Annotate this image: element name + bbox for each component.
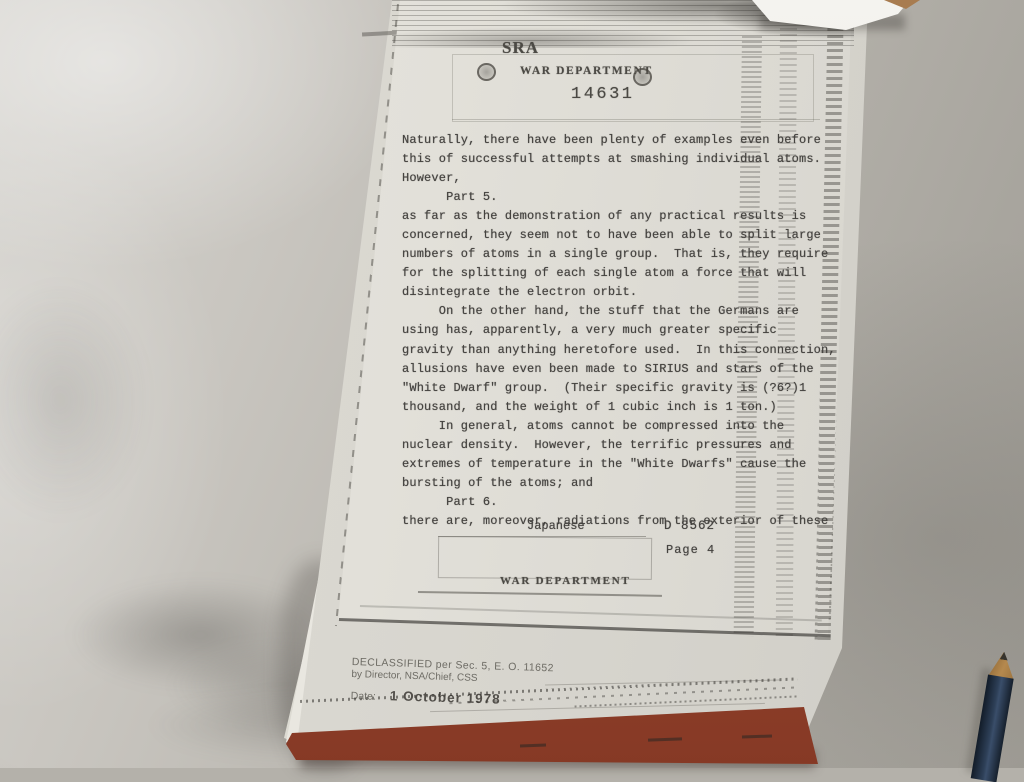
stamp-circle-icon [477, 63, 496, 81]
serial-number: 14631 [571, 85, 635, 104]
typed-line: On the other hand, the stuff that the Ge… [402, 302, 847, 321]
typed-line: thousand, and the weight of 1 cubic inch… [402, 398, 847, 417]
typed-line: extremes of temperature in the "White Dw… [402, 455, 847, 474]
typed-line: allusions have even been made to SIRIUS … [402, 360, 847, 379]
agency-label: SRA [502, 38, 539, 58]
typed-line: Part 6. [402, 493, 847, 512]
typed-line: gravity than anything heretofore used. I… [402, 341, 847, 360]
typed-line: bursting of the atoms; and [402, 474, 847, 493]
footer-language: Japanese [527, 519, 585, 533]
typed-line: Part 5. [402, 188, 847, 207]
typed-line: "White Dwarf" group. (Their specific gra… [402, 379, 847, 398]
header-box-bottom-line [452, 119, 820, 120]
typed-line: using has, apparently, a very much great… [402, 321, 847, 340]
war-department-footer: WAR DEPARTMENT [500, 575, 631, 587]
typed-line: disintegrate the electron orbit. [402, 283, 847, 302]
typed-line: this of successful attempts at smashing … [402, 150, 847, 169]
typed-line: nuclear density. However, the terrific p… [402, 436, 847, 455]
footer-reference: D 8562 [664, 519, 715, 533]
photo-scene: DECLASSIFIED per Sec. 5, E. O. 11652 by … [0, 0, 1024, 768]
typed-line: Naturally, there have been plenty of exa… [402, 131, 847, 150]
typed-line: concerned, they seem not to have been ab… [402, 226, 847, 245]
typed-line: In general, atoms cannot be compressed i… [402, 417, 847, 436]
typed-line: for the splitting of each single atom a … [402, 264, 847, 283]
stamp-circle-icon [633, 68, 652, 86]
typed-line: However, [402, 169, 847, 188]
footer-box-outline [438, 536, 652, 580]
footer-page-number: Page 4 [666, 543, 715, 557]
typed-line: there are, moreover, radiations from the… [402, 512, 847, 531]
typed-body-text: Naturally, there have been plenty of exa… [402, 131, 847, 531]
pencil-lead-icon [1000, 651, 1009, 660]
typed-line: as far as the demonstration of any pract… [402, 207, 847, 226]
typed-line: numbers of atoms in a single group. That… [402, 245, 847, 264]
